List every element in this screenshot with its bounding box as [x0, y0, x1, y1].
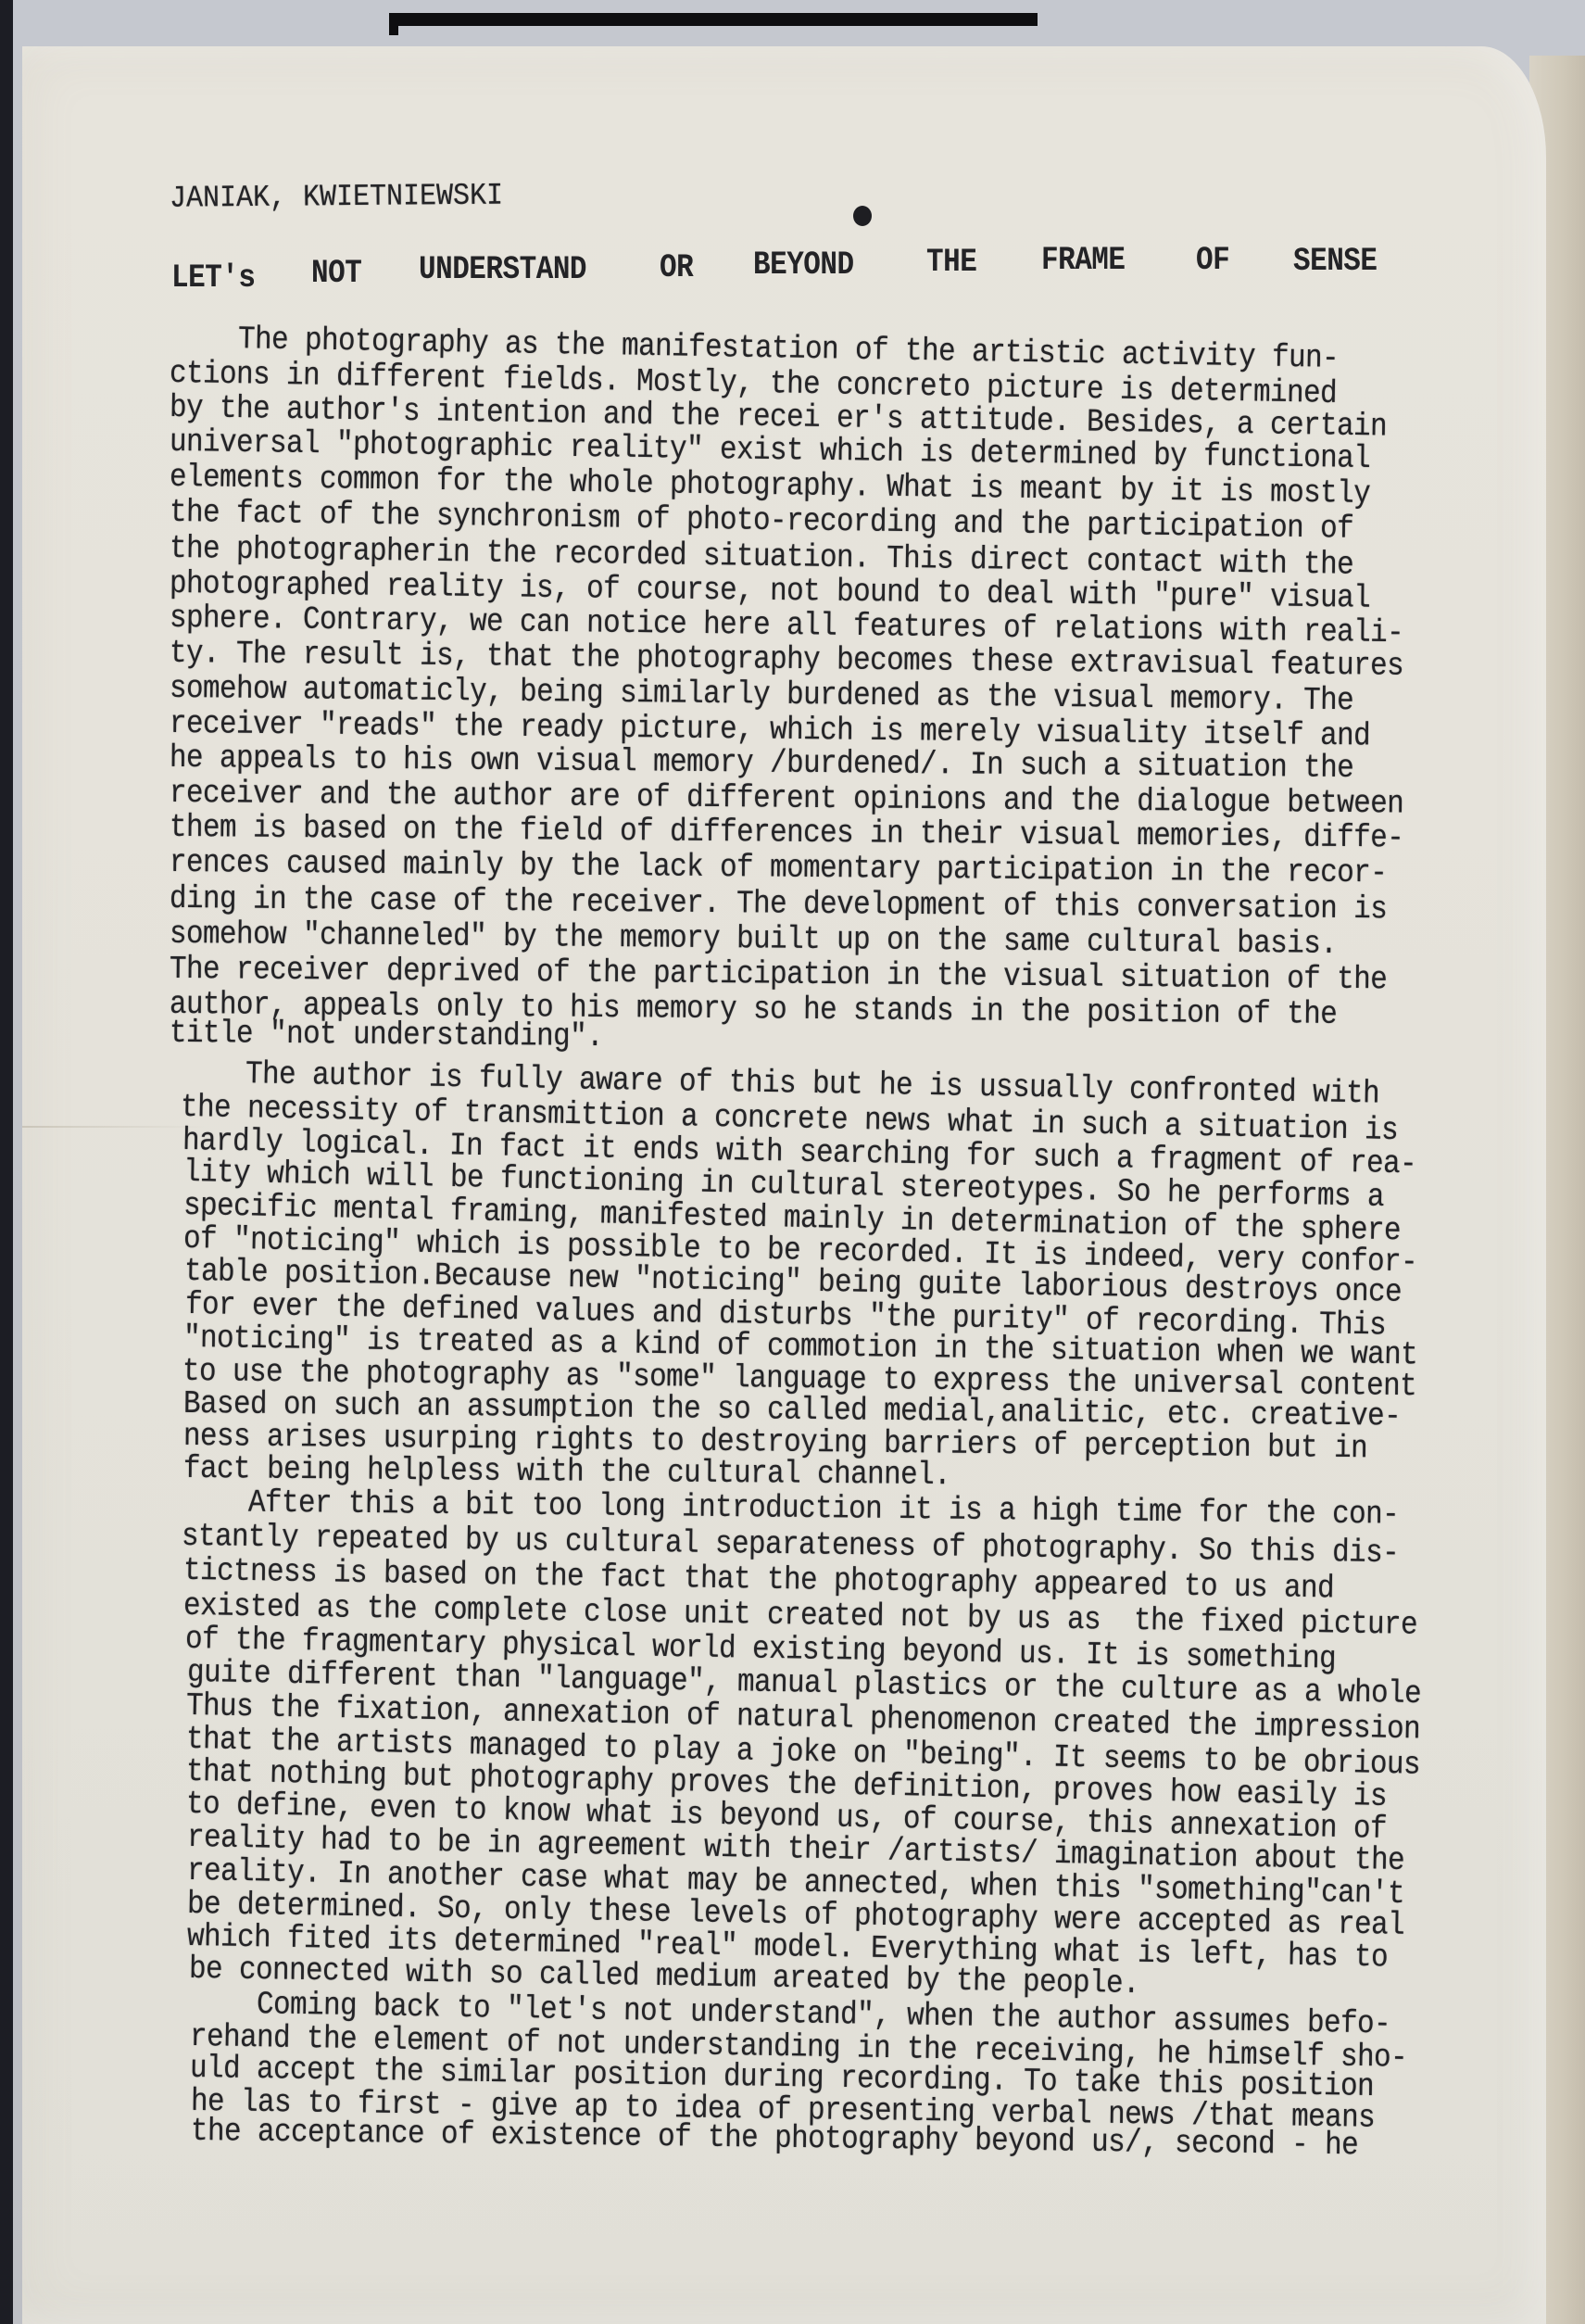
- text-line: title "not understanding".: [170, 1017, 603, 1054]
- title-word: FRAME: [1041, 245, 1126, 278]
- title-word: NOT: [311, 258, 361, 291]
- title-word: LET's: [171, 262, 256, 296]
- title-word: SENSE: [1293, 246, 1377, 279]
- authors-line: JANIAK, KWIETNIEWSKI: [170, 181, 503, 214]
- title-word: THE: [926, 246, 976, 280]
- title-word: OR: [660, 252, 693, 285]
- title-word: BEYOND: [753, 249, 854, 283]
- title-word: UNDERSTAND: [419, 254, 586, 287]
- page-text: JANIAK, KWIETNIEWSKI LET'sNOTUNDERSTANDO…: [0, 0, 1585, 2324]
- title-word: OF: [1196, 245, 1229, 278]
